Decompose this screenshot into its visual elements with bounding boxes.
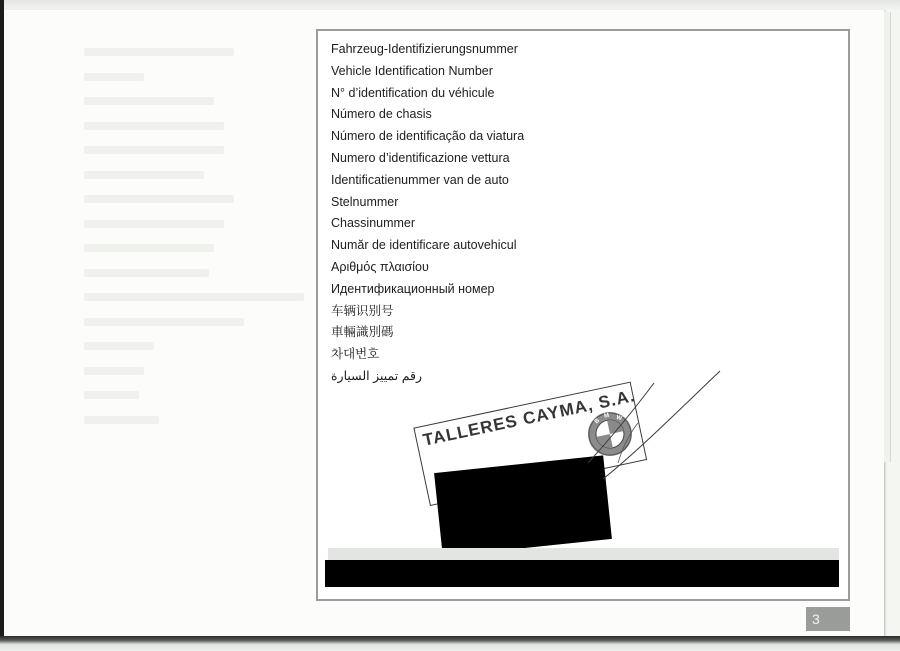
vin-label-da: Stelnummer	[331, 192, 524, 214]
vin-label-zh-hans: 车辆识别号	[331, 301, 524, 323]
vin-label-fr: N° d’identification du véhicule	[331, 83, 524, 105]
reverse-side-show-through	[84, 48, 314, 440]
scanner-edge-bottom	[0, 636, 900, 651]
vin-label-ru: Идентификационный номер	[331, 279, 524, 301]
scanner-edge-top	[0, 0, 900, 10]
vin-label-list: Fahrzeug-Identifizierungsnummer Vehicle …	[331, 39, 524, 388]
vin-redaction-bar	[325, 560, 839, 587]
vin-label-it: Numero d’identificazione vettura	[331, 148, 524, 170]
bmw-roundel-icon: B M W	[581, 406, 638, 463]
vin-label-en: Vehicle Identification Number	[331, 61, 524, 83]
scanned-document: Fahrzeug-Identifizierungsnummer Vehicle …	[0, 0, 900, 651]
vin-label-nl: Identificatienummer van de auto	[331, 170, 524, 192]
page-number: 3	[806, 607, 850, 631]
vin-field-band	[328, 548, 839, 560]
vin-label-sv: Chassinummer	[331, 213, 524, 235]
vin-label-pt: Número de identificação da viatura	[331, 126, 524, 148]
svg-text:M: M	[604, 413, 610, 420]
vin-label-el: Αριθμός πλαισίου	[331, 257, 524, 279]
vin-label-ro: Număr de identificare autovehicul	[331, 235, 524, 257]
vin-label-es: Número de chasis	[331, 104, 524, 126]
vin-label-ko: 차대번호	[331, 344, 524, 366]
vin-label-de: Fahrzeug-Identifizierungsnummer	[331, 39, 524, 61]
vin-label-zh-hant: 車輛識別碼	[331, 322, 524, 344]
vin-frame: Fahrzeug-Identifizierungsnummer Vehicle …	[316, 29, 850, 601]
vin-label-ar: رقم تمييز السيارة	[331, 366, 524, 388]
page-fold-lip	[884, 12, 891, 462]
stamp-redaction	[434, 455, 612, 556]
